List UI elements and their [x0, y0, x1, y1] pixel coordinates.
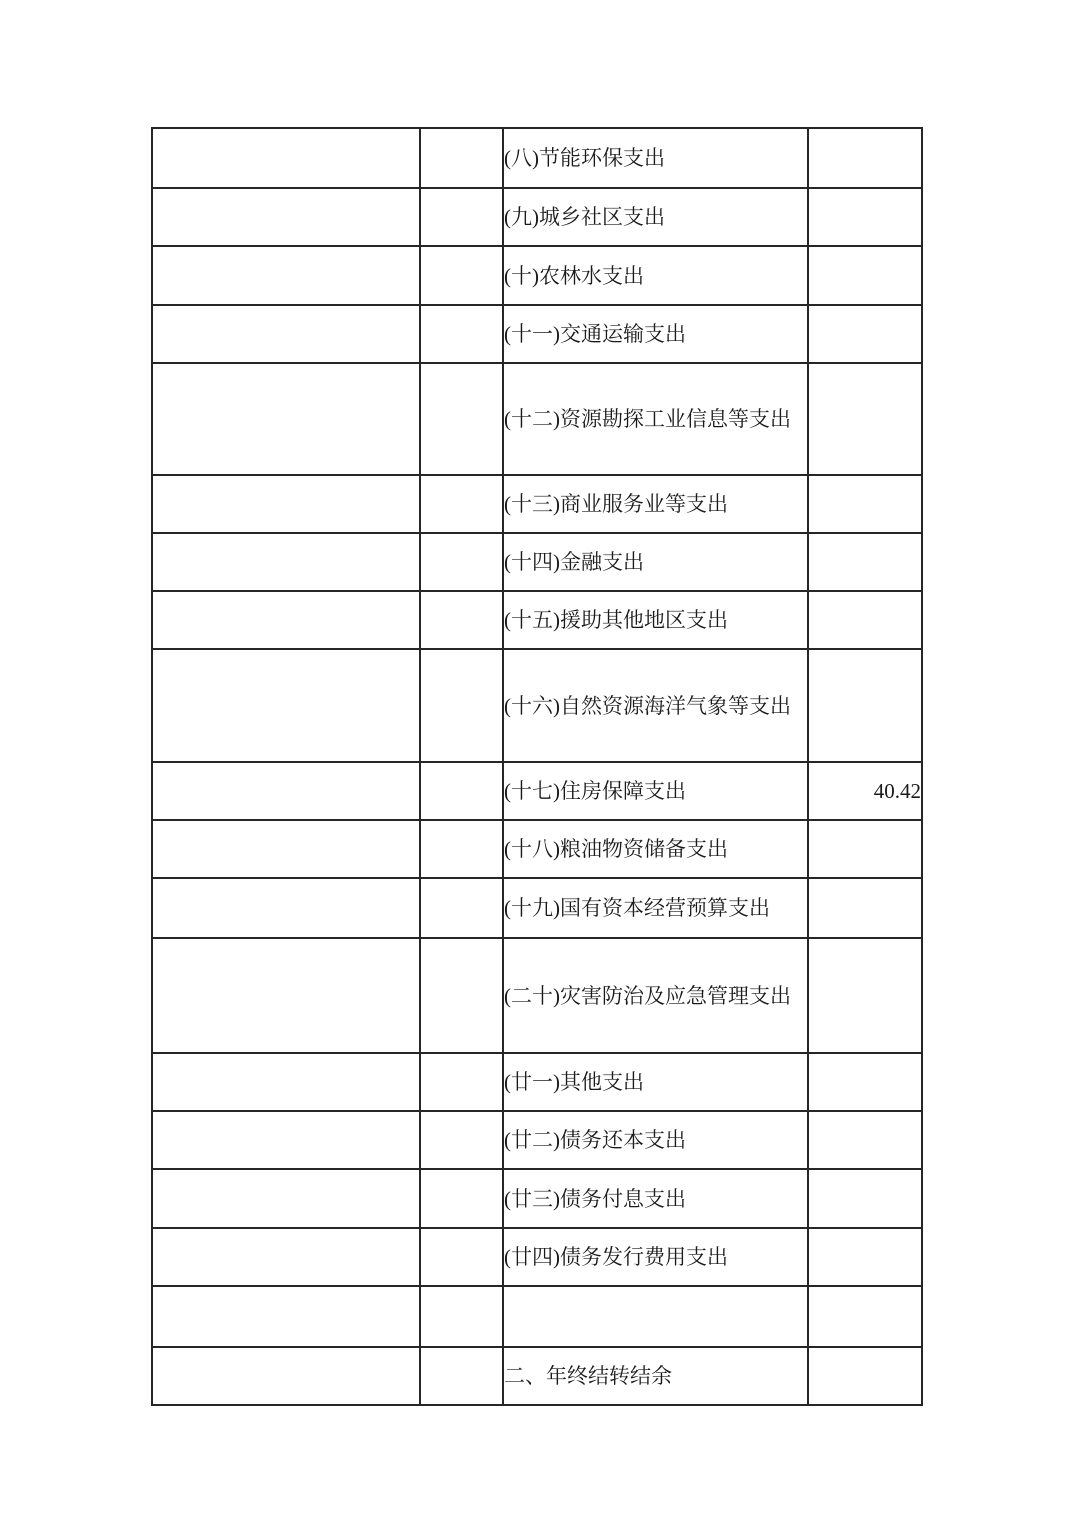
- category-cell: [152, 878, 420, 938]
- amount-cell: [808, 475, 922, 533]
- category-cell: [152, 1111, 420, 1169]
- item-name-cell: (廿四)债务发行费用支出: [503, 1228, 808, 1286]
- table-row: (十二)资源勘探工业信息等支出: [152, 363, 922, 475]
- budget-table-body: (八)节能环保支出(九)城乡社区支出(十)农林水支出(十一)交通运输支出(十二)…: [152, 128, 922, 1405]
- amount-cell: [808, 246, 922, 305]
- spacer-cell: [420, 938, 503, 1053]
- table-row: (十一)交通运输支出: [152, 305, 922, 363]
- category-cell: [152, 533, 420, 591]
- item-name-cell: (十一)交通运输支出: [503, 305, 808, 363]
- spacer-cell: [420, 762, 503, 820]
- amount-cell: [808, 363, 922, 475]
- table-row: (十四)金融支出: [152, 533, 922, 591]
- item-name-cell: (十)农林水支出: [503, 246, 808, 305]
- category-cell: [152, 591, 420, 649]
- item-name-cell: (十九)国有资本经营预算支出: [503, 878, 808, 938]
- amount-cell: [808, 938, 922, 1053]
- item-name-cell: [503, 1286, 808, 1347]
- amount-cell: [808, 591, 922, 649]
- spacer-cell: [420, 363, 503, 475]
- item-name-cell: 二、年终结转结余: [503, 1347, 808, 1405]
- table-row: (十六)自然资源海洋气象等支出: [152, 649, 922, 762]
- category-cell: [152, 188, 420, 246]
- budget-table: (八)节能环保支出(九)城乡社区支出(十)农林水支出(十一)交通运输支出(十二)…: [151, 127, 923, 1406]
- table-row: (廿四)债务发行费用支出: [152, 1228, 922, 1286]
- amount-cell: [808, 820, 922, 878]
- table-row: (二十)灾害防治及应急管理支出: [152, 938, 922, 1053]
- spacer-cell: [420, 649, 503, 762]
- table-row: (廿三)债务付息支出: [152, 1169, 922, 1228]
- table-row: (廿一)其他支出: [152, 1053, 922, 1111]
- table-row: (十七)住房保障支出40.42: [152, 762, 922, 820]
- amount-cell: [808, 1347, 922, 1405]
- category-cell: [152, 1169, 420, 1228]
- item-name-cell: (八)节能环保支出: [503, 128, 808, 188]
- item-name-cell: (廿三)债务付息支出: [503, 1169, 808, 1228]
- category-cell: [152, 475, 420, 533]
- spacer-cell: [420, 1111, 503, 1169]
- amount-cell: [808, 188, 922, 246]
- amount-cell: [808, 1169, 922, 1228]
- item-name-cell: (十六)自然资源海洋气象等支出: [503, 649, 808, 762]
- amount-cell: [808, 305, 922, 363]
- amount-cell: [808, 649, 922, 762]
- spacer-cell: [420, 128, 503, 188]
- spacer-cell: [420, 878, 503, 938]
- table-row: (九)城乡社区支出: [152, 188, 922, 246]
- amount-cell: [808, 1228, 922, 1286]
- spacer-cell: [420, 246, 503, 305]
- spacer-cell: [420, 1053, 503, 1111]
- table-row: (十八)粮油物资储备支出: [152, 820, 922, 878]
- table-row: (八)节能环保支出: [152, 128, 922, 188]
- spacer-cell: [420, 188, 503, 246]
- table-row: (十九)国有资本经营预算支出: [152, 878, 922, 938]
- category-cell: [152, 820, 420, 878]
- category-cell: [152, 649, 420, 762]
- spacer-cell: [420, 305, 503, 363]
- amount-cell: [808, 1286, 922, 1347]
- category-cell: [152, 1053, 420, 1111]
- spacer-cell: [420, 475, 503, 533]
- amount-cell: [808, 128, 922, 188]
- amount-cell: 40.42: [808, 762, 922, 820]
- category-cell: [152, 305, 420, 363]
- amount-cell: [808, 878, 922, 938]
- spacer-cell: [420, 591, 503, 649]
- item-name-cell: (十七)住房保障支出: [503, 762, 808, 820]
- item-name-cell: (十八)粮油物资储备支出: [503, 820, 808, 878]
- category-cell: [152, 938, 420, 1053]
- item-name-cell: (十五)援助其他地区支出: [503, 591, 808, 649]
- spacer-cell: [420, 1228, 503, 1286]
- item-name-cell: (廿二)债务还本支出: [503, 1111, 808, 1169]
- category-cell: [152, 762, 420, 820]
- spacer-cell: [420, 1347, 503, 1405]
- item-name-cell: (十二)资源勘探工业信息等支出: [503, 363, 808, 475]
- spacer-cell: [420, 1286, 503, 1347]
- document-page: (八)节能环保支出(九)城乡社区支出(十)农林水支出(十一)交通运输支出(十二)…: [0, 0, 1074, 1520]
- item-name-cell: (廿一)其他支出: [503, 1053, 808, 1111]
- spacer-cell: [420, 820, 503, 878]
- spacer-cell: [420, 533, 503, 591]
- table-row: 二、年终结转结余: [152, 1347, 922, 1405]
- spacer-cell: [420, 1169, 503, 1228]
- category-cell: [152, 1228, 420, 1286]
- category-cell: [152, 363, 420, 475]
- category-cell: [152, 1286, 420, 1347]
- item-name-cell: (十三)商业服务业等支出: [503, 475, 808, 533]
- amount-cell: [808, 1111, 922, 1169]
- table-row: (十五)援助其他地区支出: [152, 591, 922, 649]
- category-cell: [152, 1347, 420, 1405]
- item-name-cell: (十四)金融支出: [503, 533, 808, 591]
- amount-cell: [808, 533, 922, 591]
- category-cell: [152, 128, 420, 188]
- table-row: [152, 1286, 922, 1347]
- table-row: (十)农林水支出: [152, 246, 922, 305]
- item-name-cell: (九)城乡社区支出: [503, 188, 808, 246]
- category-cell: [152, 246, 420, 305]
- amount-cell: [808, 1053, 922, 1111]
- item-name-cell: (二十)灾害防治及应急管理支出: [503, 938, 808, 1053]
- table-row: (十三)商业服务业等支出: [152, 475, 922, 533]
- table-row: (廿二)债务还本支出: [152, 1111, 922, 1169]
